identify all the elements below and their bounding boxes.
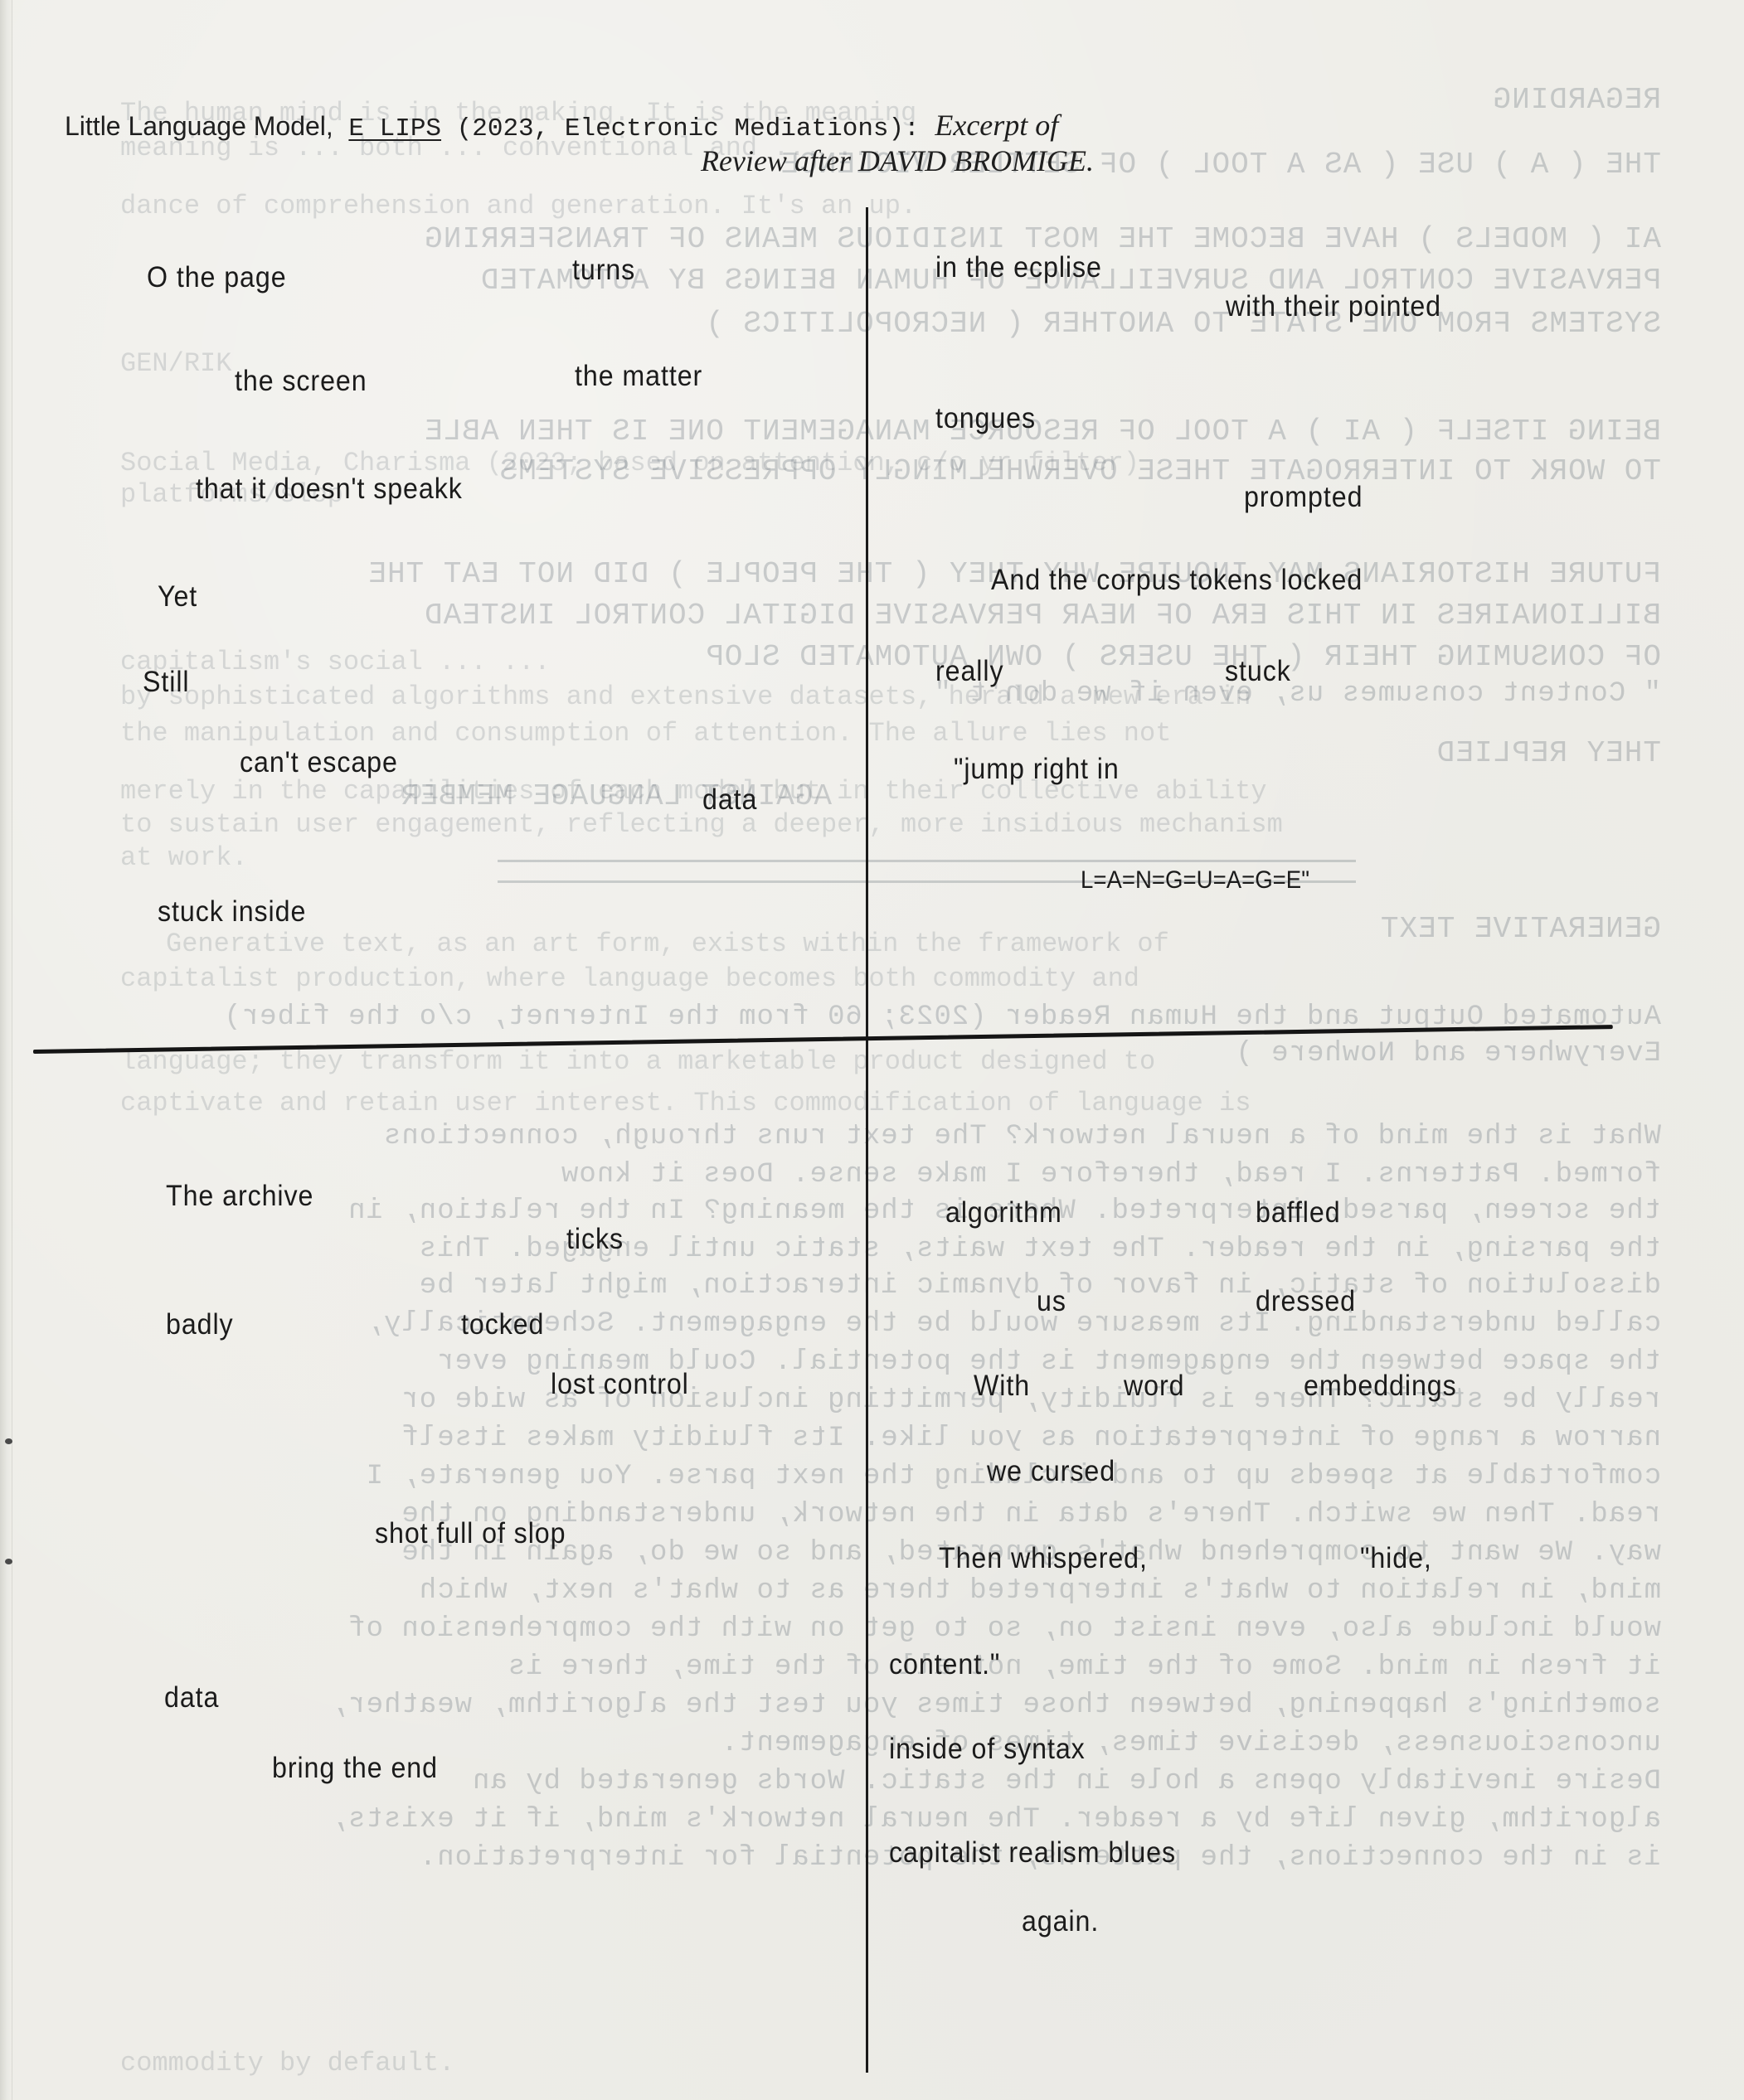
- poem-word: prompted: [1244, 481, 1363, 514]
- poem-word: algorithm: [945, 1196, 1062, 1229]
- poem-word: inside of syntax: [889, 1733, 1086, 1766]
- poem-word: content.": [889, 1648, 1000, 1681]
- vertical-divider: [866, 207, 868, 2073]
- poem-word: And the corpus tokens locked: [991, 564, 1363, 597]
- publication-info: (2023, Electronic Mediations):: [457, 114, 920, 143]
- poem-word: the screen: [235, 365, 367, 398]
- poem-word: With: [974, 1370, 1030, 1403]
- poem-word: turns: [572, 254, 635, 287]
- poem-word: the matter: [575, 360, 702, 393]
- poem-word: in the ecplise: [935, 251, 1102, 284]
- header-citation: Little Language Model, E LIPS (2023, Ele…: [65, 108, 1058, 143]
- poem-word: again.: [1022, 1905, 1099, 1938]
- poem-word: badly: [166, 1308, 234, 1341]
- header-subtitle: Review after DAVID BROMIGE.: [701, 143, 1094, 179]
- poem-word: tongues: [935, 402, 1036, 435]
- poem-word: with their pointed: [1226, 290, 1441, 323]
- poem-word: that it doesn't speakk: [196, 473, 463, 506]
- poem-word: can't escape: [240, 746, 398, 779]
- poem-word: Yet: [158, 580, 197, 614]
- poem-word: baffled: [1256, 1196, 1341, 1229]
- poem-word: ticks: [566, 1223, 624, 1256]
- poem-word: capitalist realism blues: [889, 1836, 1176, 1870]
- poem-word: lost control: [551, 1368, 689, 1401]
- poem-word: we cursed: [987, 1455, 1115, 1488]
- poem-word: O the page: [147, 261, 287, 294]
- poem-word: stuck inside: [158, 895, 306, 929]
- poem-word: Still: [143, 666, 189, 699]
- excerpt-label: Excerpt of: [935, 109, 1058, 142]
- poem-word: Then whispered,: [939, 1542, 1148, 1575]
- poem-word: embeddings: [1304, 1370, 1457, 1403]
- poem-word: data: [164, 1681, 219, 1714]
- review-after: Review after DAVID BROMIGE.: [701, 144, 1094, 177]
- book-title: E LIPS: [348, 114, 441, 143]
- staple-mark: [5, 1559, 12, 1564]
- poem-word: us: [1037, 1285, 1066, 1318]
- poem-word: shot full of slop: [375, 1517, 566, 1550]
- poem-word: The archive: [166, 1180, 313, 1213]
- binding-edge: [0, 0, 12, 2100]
- author-name: Little Language Model,: [65, 111, 333, 141]
- ghost-rule: [498, 860, 1356, 862]
- poem-word: tocked: [461, 1308, 544, 1341]
- poem-word: "jump right in: [954, 753, 1120, 786]
- poem-word: "hide,: [1360, 1542, 1432, 1575]
- poem-word: really: [935, 655, 1003, 688]
- poem-word: dressed: [1256, 1285, 1356, 1318]
- poem-word: word: [1124, 1370, 1184, 1403]
- poem-word: data: [702, 783, 757, 817]
- poem-word-language: L=A=N=G=U=A=G=E": [1081, 866, 1309, 895]
- poem-word: stuck: [1225, 655, 1291, 688]
- staple-mark: [5, 1438, 12, 1444]
- poem-word: bring the end: [272, 1752, 438, 1785]
